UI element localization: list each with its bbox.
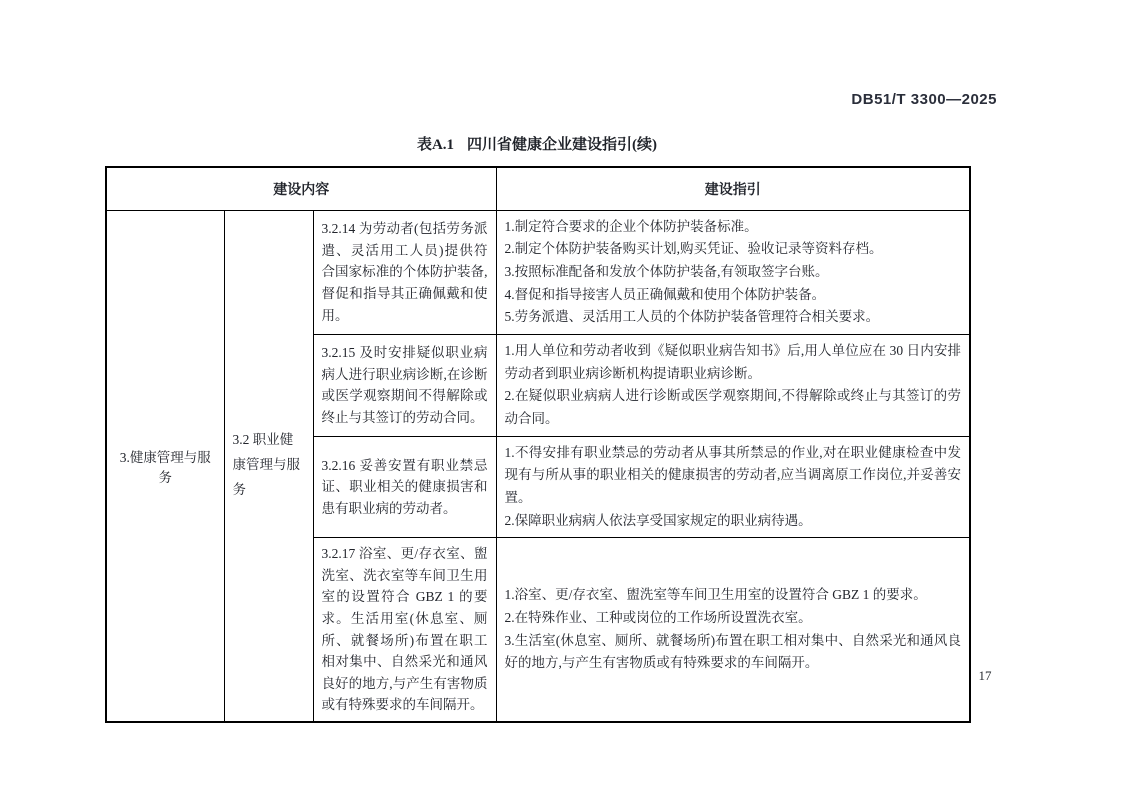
guidance-line: 2.在疑似职业病病人进行诊断或医学观察期间,不得解除或终止与其签订的劳动合同。 (505, 385, 962, 430)
header-construction-guidance: 建设指引 (496, 167, 970, 210)
guidance-line: 3.生活室(休息室、厕所、就餐场所)布置在职工相对集中、自然采光和通风良好的地方… (505, 630, 962, 675)
guidance-cell-3-2-16: 1.不得安排有职业禁忌的劳动者从事其所禁忌的作业,对在职业健康检查中发现有与所从… (496, 436, 970, 538)
guidance-cell-3-2-15: 1.用人单位和劳动者收到《疑似职业病告知书》后,用人单位应在 30 日内安排劳动… (496, 334, 970, 436)
guidance-line: 2.保障职业病病人依法享受国家规定的职业病待遇。 (505, 510, 962, 533)
guidance-line: 5.劳务派遣、灵活用工人员的个体防护装备管理符合相关要求。 (505, 306, 962, 329)
document-page: DB51/T 3300—2025 表A.1四川省健康企业建设指引(续) 建设内容… (0, 0, 1123, 794)
guidance-cell-3-2-17: 1.浴室、更/存衣室、盥洗室等车间卫生用室的设置符合 GBZ 1 的要求。 2.… (496, 538, 970, 722)
table-title-text: 四川省健康企业建设指引(续) (467, 137, 657, 153)
guidance-line: 1.用人单位和劳动者收到《疑似职业病告知书》后,用人单位应在 30 日内安排劳动… (505, 340, 962, 385)
item-cell-3-2-16: 3.2.16 妥善安置有职业禁忌证、职业相关的健康损害和患有职业病的劳动者。 (313, 436, 496, 538)
guidance-line: 4.督促和指导接害人员正确佩戴和使用个体防护装备。 (505, 284, 962, 307)
doc-code: DB51/T 3300—2025 (851, 91, 997, 108)
page-number: 17 (970, 668, 1000, 684)
item-cell-3-2-14: 3.2.14 为劳动者(包括劳务派遣、灵活用工人员)提供符合国家标准的个体防护装… (313, 210, 496, 334)
table-row-3-2-14: 3.健康管理与服务 3.2 职业健康管理与服务 3.2.14 为劳动者(包括劳务… (106, 210, 970, 334)
header-construction-content: 建设内容 (106, 167, 496, 210)
guidance-line: 1.浴室、更/存衣室、盥洗室等车间卫生用室的设置符合 GBZ 1 的要求。 (505, 584, 962, 607)
guidance-cell-3-2-14: 1.制定符合要求的企业个体防护装备标准。 2.制定个体防护装备购买计划,购买凭证… (496, 210, 970, 334)
table-title-label: 表A.1 (417, 137, 454, 153)
subcategory-cell: 3.2 职业健康管理与服务 (224, 210, 313, 722)
item-cell-3-2-15: 3.2.15 及时安排疑似职业病病人进行职业病诊断,在诊断或医学观察期间不得解除… (313, 334, 496, 436)
guidance-line: 3.按照标准配备和发放个体防护装备,有领取签字台账。 (505, 261, 962, 284)
guidance-line: 1.不得安排有职业禁忌的劳动者从事其所禁忌的作业,对在职业健康检查中发现有与所从… (505, 442, 962, 510)
guideline-table: 建设内容 建设指引 3.健康管理与服务 3.2 职业健康管理与服务 3.2.14… (105, 166, 971, 723)
guidance-line: 2.制定个体防护装备购买计划,购买凭证、验收记录等资料存档。 (505, 238, 962, 261)
guidance-line: 1.制定符合要求的企业个体防护装备标准。 (505, 216, 962, 239)
guidance-line: 2.在特殊作业、工种或岗位的工作场所设置洗衣室。 (505, 607, 962, 630)
item-cell-3-2-17: 3.2.17 浴室、更/存衣室、盥洗室、洗衣室等车间卫生用室的设置符合 GBZ … (313, 538, 496, 722)
table-header-row: 建设内容 建设指引 (106, 167, 970, 210)
table-title: 表A.1四川省健康企业建设指引(续) (105, 133, 969, 154)
category-cell: 3.健康管理与服务 (106, 210, 224, 722)
